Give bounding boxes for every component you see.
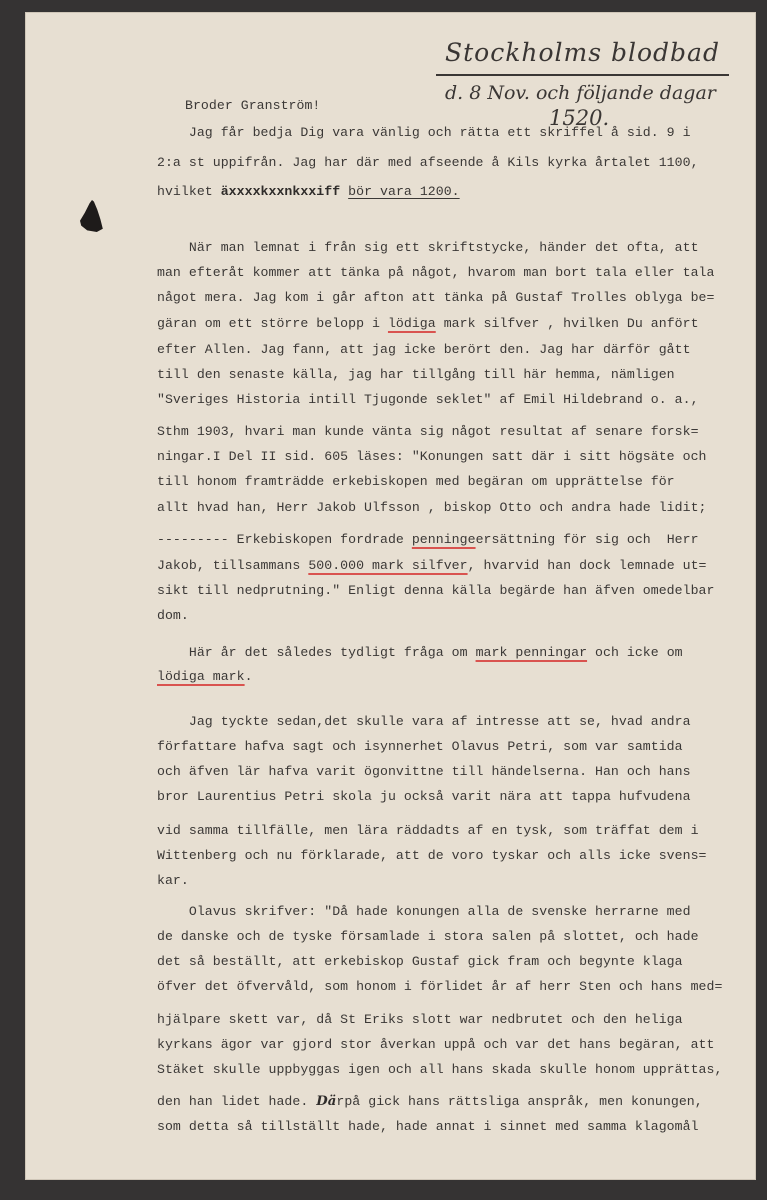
handwritten-title-rule	[436, 74, 729, 76]
text-line: sikt till nedprutning." Enligt denna käl…	[157, 583, 714, 598]
text-segment: och äfven lär hafva varit ögonvittne til…	[157, 764, 691, 779]
text-segment-ul-black: bör vara 1200.	[348, 184, 460, 199]
text-line: Sthm 1903, hvari man kunde vänta sig någ…	[157, 424, 699, 439]
text-line: Jakob, tillsammans 500.000 mark silfver,…	[157, 558, 707, 573]
text-line: Jag tyckte sedan,det skulle vara af intr…	[157, 714, 691, 729]
text-segment: .	[245, 669, 253, 684]
text-segment: något mera. Jag kom i går afton att tänk…	[157, 290, 714, 305]
text-segment: öfver det öfvervåld, som honom i förlide…	[157, 979, 722, 994]
text-line: de danske och de tyske församlade i stor…	[157, 929, 699, 944]
text-line: Jag får bedja Dig vara vänlig och rätta …	[157, 125, 691, 140]
text-line: Olavus skrifver: "Då hade konungen alla …	[157, 904, 691, 919]
text-segment: Här år det således tydligt fråga om	[157, 645, 476, 660]
text-segment-ul-red: lödiga	[388, 316, 436, 331]
text-segment: ningar.I Del II sid. 605 läses: "Konunge…	[157, 449, 707, 464]
text-line: som detta så tillställt hade, hade annat…	[157, 1119, 699, 1134]
text-line: lödiga mark.	[157, 669, 253, 684]
text-segment: ersättning för sig och Herr	[476, 532, 699, 547]
handwritten-date-line: d. 8 Nov. och följande dagar	[445, 82, 716, 104]
text-line: "Sveriges Historia intill Tjugonde sekle…	[157, 392, 699, 407]
text-segment: bror Laurentius Petri skola ju också var…	[157, 789, 691, 804]
text-line: till den senaste källa, jag har tillgång…	[157, 367, 675, 382]
handwritten-title: Stockholms blodbad	[445, 38, 720, 67]
text-segment-ul-red: penninge	[412, 532, 476, 547]
text-line: ningar.I Del II sid. 605 läses: "Konunge…	[157, 449, 707, 464]
letter-page: Stockholms blodbad d. 8 Nov. och följand…	[25, 12, 756, 1180]
salutation: Broder Granström!	[185, 98, 320, 113]
text-segment: dom.	[157, 608, 189, 623]
text-segment: gäran om ett större belopp i	[157, 316, 388, 331]
text-line: efter Allen. Jag fann, att jag icke berö…	[157, 342, 691, 357]
text-segment-ul-red: lödiga mark	[157, 669, 245, 684]
text-segment: hjälpare skett var, då St Eriks slott wa…	[157, 1012, 683, 1027]
text-line: kyrkans ägor var gjord stor åverkan uppå…	[157, 1037, 714, 1052]
text-segment: sikt till nedprutning." Enligt denna käl…	[157, 583, 714, 598]
text-line: det så beställt, att erkebiskop Gustaf g…	[157, 954, 683, 969]
text-segment: Olavus skrifver: "Då hade konungen alla …	[157, 904, 691, 919]
text-segment: kar.	[157, 873, 189, 888]
text-segment	[340, 184, 348, 199]
text-segment: hvilket	[157, 184, 221, 199]
text-segment: man efteråt kommer att tänka på något, h…	[157, 265, 714, 280]
text-line: författare hafva sagt och isynnerhet Ola…	[157, 739, 683, 754]
text-line: något mera. Jag kom i går afton att tänk…	[157, 290, 714, 305]
text-segment: till honom framträdde erkebiskopen med b…	[157, 474, 675, 489]
text-line: och äfven lär hafva varit ögonvittne til…	[157, 764, 691, 779]
text-line: --------- Erkebiskopen fordrade penninge…	[157, 532, 699, 547]
ink-blot	[80, 200, 104, 232]
text-segment-handfix: Dä	[316, 1094, 336, 1109]
text-segment-ul-red: 500.000 mark silfver	[308, 558, 467, 573]
text-line: 2:a st uppifrån. Jag har där med afseend…	[157, 155, 699, 170]
text-segment: Jag får bedja Dig vara vänlig och rätta …	[157, 125, 691, 140]
text-segment: till den senaste källa, jag har tillgång…	[157, 367, 675, 382]
text-segment: mark silfver , hvilken Du anfört	[436, 316, 699, 331]
text-segment: Sthm 1903, hvari man kunde vänta sig någ…	[157, 424, 699, 439]
text-segment: , hvarvid han dock lemnade ut=	[468, 558, 707, 573]
text-line: När man lemnat i från sig ett skriftstyc…	[157, 240, 699, 255]
text-line: allt hvad han, Herr Jakob Ulfsson , bisk…	[157, 500, 707, 515]
text-segment-struck: äxxxxkxxnkxxiff	[221, 184, 340, 199]
text-segment: författare hafva sagt och isynnerhet Ola…	[157, 739, 683, 754]
text-line: gäran om ett större belopp i lödiga mark…	[157, 316, 699, 331]
text-segment: kyrkans ägor var gjord stor åverkan uppå…	[157, 1037, 714, 1052]
text-segment: de danske och de tyske församlade i stor…	[157, 929, 699, 944]
text-segment: den han lidet hade.	[157, 1094, 316, 1109]
text-segment: efter Allen. Jag fann, att jag icke berö…	[157, 342, 691, 357]
text-line: man efteråt kommer att tänka på något, h…	[157, 265, 714, 280]
text-segment: vid samma tillfälle, men lära räddadts a…	[157, 823, 699, 838]
text-segment: det så beställt, att erkebiskop Gustaf g…	[157, 954, 683, 969]
text-line: hjälpare skett var, då St Eriks slott wa…	[157, 1012, 683, 1027]
text-line: dom.	[157, 608, 189, 623]
text-line: den han lidet hade. Därpå gick hans rätt…	[157, 1094, 703, 1109]
text-line: vid samma tillfälle, men lära räddadts a…	[157, 823, 699, 838]
text-segment: --------- Erkebiskopen fordrade	[157, 532, 412, 547]
text-segment: När man lemnat i från sig ett skriftstyc…	[157, 240, 699, 255]
text-segment: och icke om	[587, 645, 683, 660]
text-line: hvilket äxxxxkxxnkxxiff bör vara 1200.	[157, 184, 460, 199]
text-segment: Stäket skulle uppbyggas igen och all han…	[157, 1062, 722, 1077]
text-line: Här år det således tydligt fråga om mark…	[157, 645, 683, 660]
text-line: öfver det öfvervåld, som honom i förlide…	[157, 979, 722, 994]
text-segment-ul-red: mark penningar	[476, 645, 588, 660]
text-segment: Jag tyckte sedan,det skulle vara af intr…	[157, 714, 691, 729]
text-segment: som detta så tillställt hade, hade annat…	[157, 1119, 699, 1134]
text-line: bror Laurentius Petri skola ju också var…	[157, 789, 691, 804]
text-segment: Wittenberg och nu förklarade, att de vor…	[157, 848, 707, 863]
text-segment: "Sveriges Historia intill Tjugonde sekle…	[157, 392, 699, 407]
text-line: kar.	[157, 873, 189, 888]
text-segment: 2:a st uppifrån. Jag har där med afseend…	[157, 155, 699, 170]
text-segment: Jakob, tillsammans	[157, 558, 308, 573]
text-line: Wittenberg och nu förklarade, att de vor…	[157, 848, 707, 863]
text-segment: allt hvad han, Herr Jakob Ulfsson , bisk…	[157, 500, 707, 515]
text-segment: rpå gick hans rättsliga anspråk, men kon…	[336, 1094, 702, 1109]
text-line: Stäket skulle uppbyggas igen och all han…	[157, 1062, 722, 1077]
text-line: till honom framträdde erkebiskopen med b…	[157, 474, 675, 489]
